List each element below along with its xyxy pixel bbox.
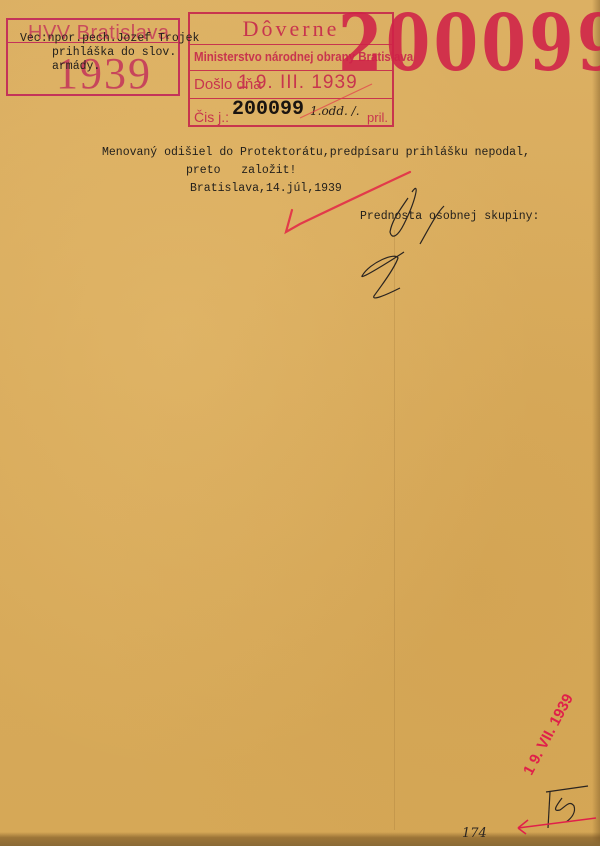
bottom-initials [0, 0, 600, 846]
